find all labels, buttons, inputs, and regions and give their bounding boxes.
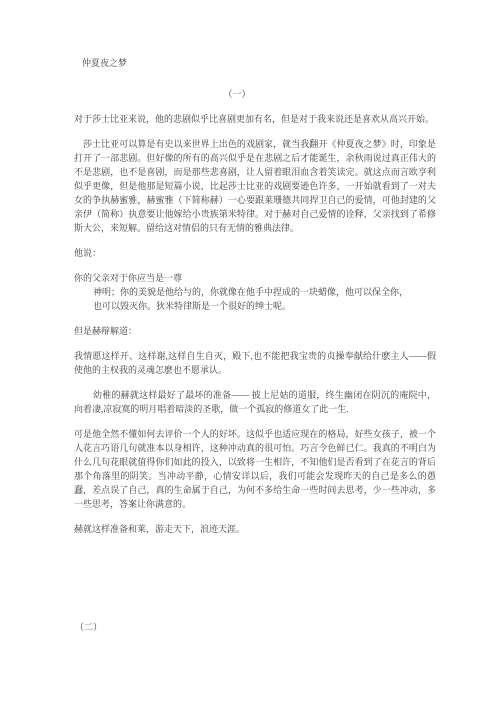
- paragraph: 他说：: [74, 246, 436, 260]
- paragraph: 赫就这样准备和莱，游走天下，浪迹天涯。: [74, 522, 436, 536]
- section-marker-1: （一）: [74, 87, 400, 101]
- paragraph: 莎士比亚可以算是有史以来世界上出色的戏剧家，就当我翻开《仲夏夜之梦》时，印象是打…: [74, 137, 436, 235]
- document-title: 仲夏夜之梦: [82, 56, 436, 70]
- verse-line: 神明；你的美貌是他给与的，你就像在他手中捏成的一块蜡像，他可以保全你，: [74, 285, 436, 299]
- paragraph: 我情愿这样开、这样谢,这样自生自灭，殿下,也不能把我宝贵的贞操奉献给什麽主人——…: [74, 349, 436, 377]
- section-marker-2: （二）: [75, 620, 102, 634]
- verse-line: 你的父亲对于你应当是一尊: [74, 271, 436, 285]
- paragraph: 但是赫辩解道：: [74, 324, 436, 338]
- paragraph: 可是他全然不懂如何去评价一个人的好坏。这似乎也适应现在的格局，好些女孩子，被一个…: [74, 427, 436, 511]
- document-page: 仲夏夜之梦（一）对于莎士比亚来说，他的悲剧似乎比喜剧更加有名，但是对于我来说还是…: [0, 0, 500, 708]
- document-body: 仲夏夜之梦（一）对于莎士比亚来说，他的悲剧似乎比喜剧更加有名，但是对于我来说还是…: [74, 56, 436, 547]
- paragraph: 对于莎士比亚来说，他的悲剧似乎比喜剧更加有名，但是对于我来说还是喜欢从高兴开始。: [74, 112, 436, 126]
- paragraph: 幼稚的赫就这样最好了最坏的准备—— 披上尼姑的道服，终生幽闭在阴沉的庵院中，向着…: [74, 388, 436, 416]
- verse-line: 也可以毁灭你。狄米特律斯是一个很好的绅士呢。: [74, 299, 436, 313]
